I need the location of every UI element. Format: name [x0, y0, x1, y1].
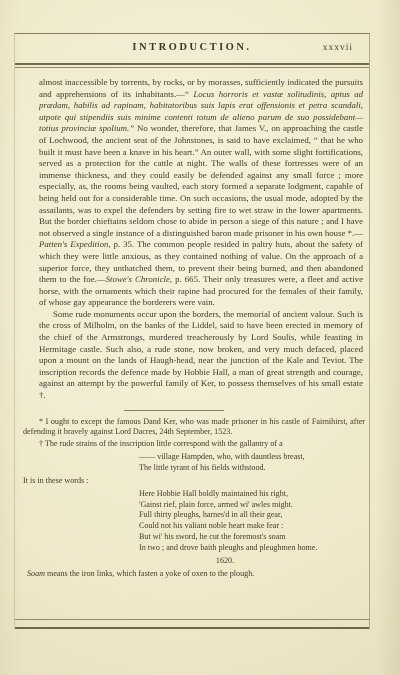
paragraph-1: almost inaccessible by torrents, by rock…: [39, 77, 363, 309]
verse-hampden: —— village Hampden, who, with dauntless …: [139, 452, 365, 474]
footnote-dagger-intro: † The rude strains of the inscription li…: [23, 439, 365, 449]
soam-note: Soam means the iron links, which fasten …: [23, 569, 365, 579]
text-area: almost inaccessible by torrents, by rock…: [15, 68, 369, 579]
footnote-asterisk: * I ought to except the famous Dand Ker,…: [23, 417, 365, 438]
verse-date: 1620.: [115, 556, 335, 566]
footnotes: * I ought to except the famous Dand Ker,…: [23, 417, 365, 580]
page-frame: INTRODUCTION. xxxvii almost inaccessible…: [14, 33, 370, 629]
words-intro: It is in these words :: [23, 476, 365, 486]
verse-hobbie-hall: Here Hobbie Hall boldly maintained his r…: [139, 489, 365, 554]
bottom-rule: [14, 619, 370, 629]
footnote-separator: [124, 410, 224, 411]
paragraph-2: Some rude monuments occur upon the borde…: [39, 309, 363, 402]
running-title: INTRODUCTION.: [15, 42, 369, 53]
page-number: xxxvii: [323, 43, 353, 53]
page-header: INTRODUCTION. xxxvii: [15, 34, 369, 63]
